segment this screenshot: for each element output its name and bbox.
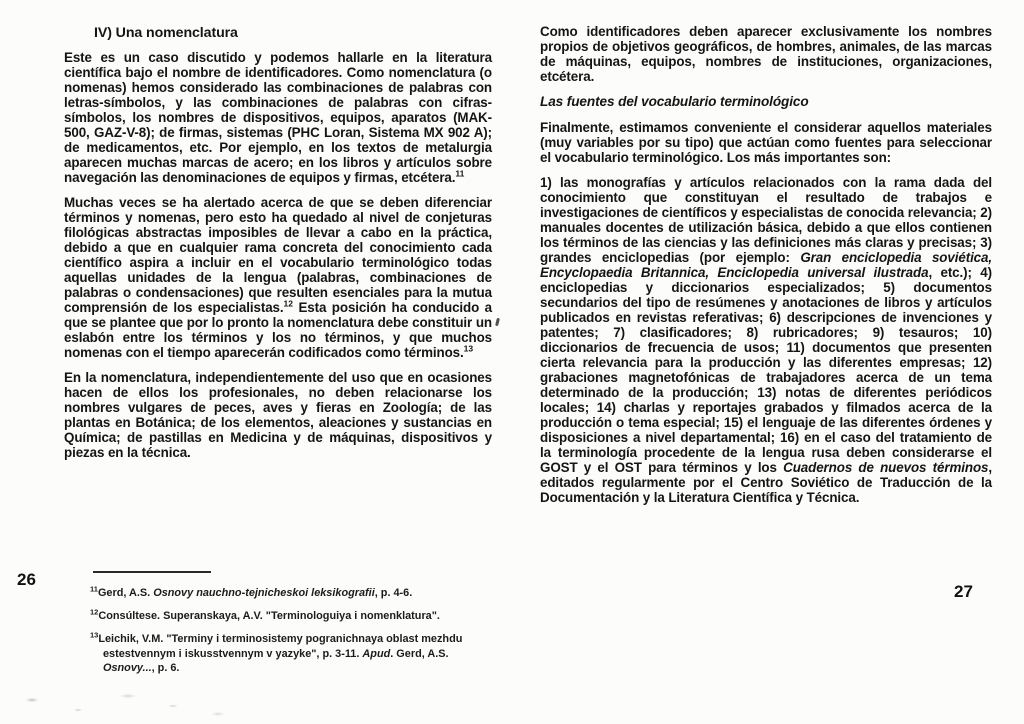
footnote-11: 11Gerd, A.S. Osnovy nauchno-tejnicheskoi… [90, 586, 486, 601]
scan-gutter-speck [495, 318, 500, 326]
book-spread-scan: IV) Una nomenclatura Este es un caso dis… [0, 0, 1024, 724]
right-page-column: Como identificadores deben aparecer excl… [540, 24, 992, 505]
footnotes-block: 11Gerd, A.S. Osnovy nauchno-tejnicheskoi… [90, 586, 486, 684]
subsection-heading-fuentes: Las fuentes del vocabulario terminológic… [540, 94, 992, 109]
footnote-12: 12Consúltese. Superanskaya, A.V. "Termin… [90, 609, 486, 624]
paragraph-identificadores-nombres-propios: Como identificadores deben aparecer excl… [540, 24, 992, 84]
paragraph-fuentes-lista: 1) las monografías y artículos relaciona… [540, 175, 992, 505]
section-heading: IV) Una nomenclatura [94, 26, 492, 41]
scan-noise-bottom-left [8, 688, 248, 720]
paragraph-fuentes-intro: Finalmente, estimamos conveniente el con… [540, 120, 992, 165]
page-number-left: 26 [17, 570, 36, 590]
left-page-column: IV) Una nomenclatura Este es un caso dis… [64, 26, 492, 460]
footnote-13: 13Leichik, V.M. "Terminy i terminosistem… [90, 632, 486, 676]
paragraph-identificadores: Este es un caso discutido y podemos hall… [64, 50, 492, 185]
paragraph-nombres-vulgares: En la nomenclatura, independientemente d… [64, 370, 492, 460]
page-number-right: 27 [954, 582, 973, 602]
paragraph-terminos-nomenas: Muchas veces se ha alertado acerca de qu… [64, 195, 492, 360]
footnote-separator-rule [93, 571, 211, 573]
